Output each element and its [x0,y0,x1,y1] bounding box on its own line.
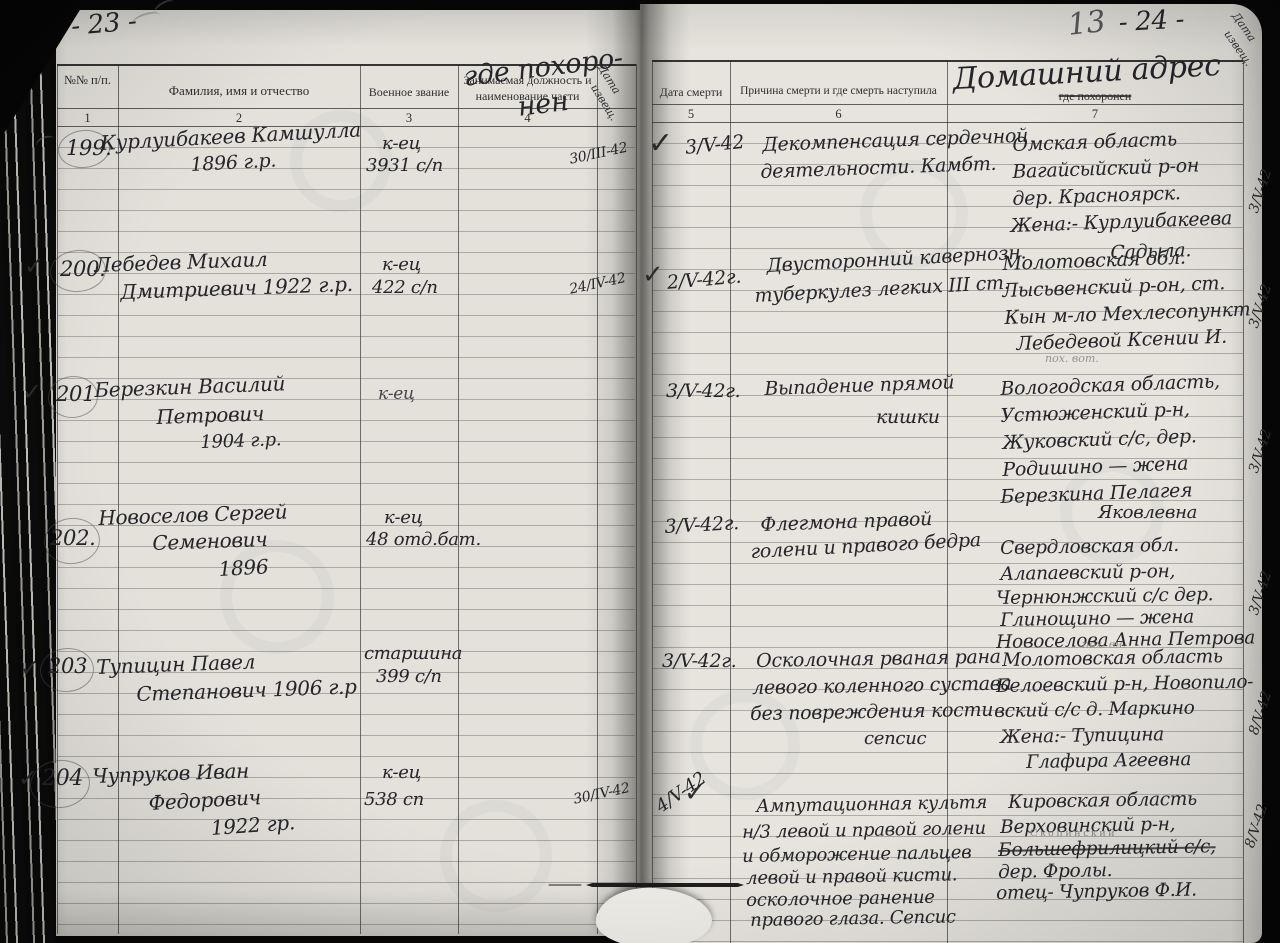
column-line [636,64,637,934]
rank-line: 3931 с/п [366,155,443,176]
row-number: 203 [48,654,87,678]
column-header-number: №№ п/п. [57,72,118,89]
name-line: Семенович [152,527,268,555]
column-line [360,64,361,934]
cause-line: н/3 левой и правой голени [742,818,986,843]
column-header-name: Фамилия, имя и отчество [118,82,360,100]
column-line [1243,60,1244,943]
page-number: - 23 - [70,6,138,42]
cause-line: сепсис [864,728,926,749]
check-icon: ✓ [648,126,673,161]
name-line: 1896 [218,554,269,581]
cause-line: левой и правой кисти. [746,864,957,889]
column-line [597,64,598,934]
column-number: 4 [458,110,597,127]
address-line: Яковлевна [1098,502,1197,523]
sheet-number: 13 [1066,4,1107,43]
address-line: отец- Чупруков Ф.И. [996,879,1197,903]
rank-line: старшина [364,643,462,664]
row-number: 204 [42,766,83,791]
address-line: Молотовская область [1002,646,1223,671]
rank-line: 538 сп [364,789,424,810]
cause-line: и обморожение пальцев [742,842,972,867]
rank-line: к-ец [384,507,423,528]
column-line [652,60,653,943]
rank-line: 422 с/п [372,277,438,298]
rank-line: к-ец [378,384,415,404]
column-line [118,64,119,934]
binding-staple [548,884,582,886]
address-line: Кировская область [1008,789,1197,813]
column-number: 6 [730,106,947,123]
address-line: Алапаевский р-он, [1000,561,1175,585]
row-number: 201 [56,382,95,406]
column-number: 1 [57,110,118,127]
death-date: 3/V-42г. [662,650,736,672]
death-date: 3/V-42г. [666,380,740,402]
register-book-scan: №№ п/п. Фамилия, имя и отчество Военное … [0,0,1280,943]
column-number: 7 [947,106,1243,123]
address-line: Свердловская обл. [1000,535,1179,559]
address-line: Чернюнжский с/с дер. [996,584,1213,609]
cause-line: Ампутационная культя [756,792,987,817]
address-line: Большефрилицкий с/с, [998,836,1216,861]
name-line: Петрович [156,401,264,429]
name-line: 1904 г.р. [200,429,282,453]
cause-line: правого глаза. Сепсис [750,906,956,931]
binding-staple [586,883,744,887]
page-number: - 24 - [1118,5,1185,38]
address-line: Жена:- Тупицина [1000,724,1164,748]
check-icon: ✓ [20,654,40,682]
rank-line: к-ец [382,133,421,154]
address-line: Глинощино — жена [1000,607,1194,631]
cause-line: левого коленного сустава [752,672,1012,699]
column-line [730,60,731,943]
address-line: Белоевский р-н, Новопило- [996,672,1253,697]
rank-line: 399 с/п [376,666,442,687]
death-date: 3/V-42г. [664,512,739,538]
column-number: 3 [360,110,458,127]
address-line: вский с/с д. Маркино [994,698,1195,722]
rank-line: к-ец [382,762,421,783]
address-line: дер. Фролы. [998,860,1112,883]
cause-line: кишки [876,406,940,428]
cause-line: без повреждения кости [750,699,993,725]
check-icon: ✓ [24,252,44,280]
check-icon: ✓ [22,378,42,406]
rank-line: к-ец [382,254,421,275]
address-line: Глафира Агеевна [1026,749,1191,773]
column-number: 5 [652,106,730,123]
check-icon: ✓ [642,260,664,290]
column-header-cause: Причина смерти и где смерть наступила [730,84,947,100]
name-line: 1896 г.р. [190,150,277,176]
column-header-rank: Военное звание [360,84,458,100]
row-number: 202. [50,526,96,550]
column-line [458,64,459,934]
column-header-death-date: Дата смерти [652,84,730,100]
rank-line: 48 отд.бат. [366,529,481,550]
cause-line: Осколочная рваная рана [756,646,1001,672]
grave-note: пох. вот. [1045,352,1099,365]
